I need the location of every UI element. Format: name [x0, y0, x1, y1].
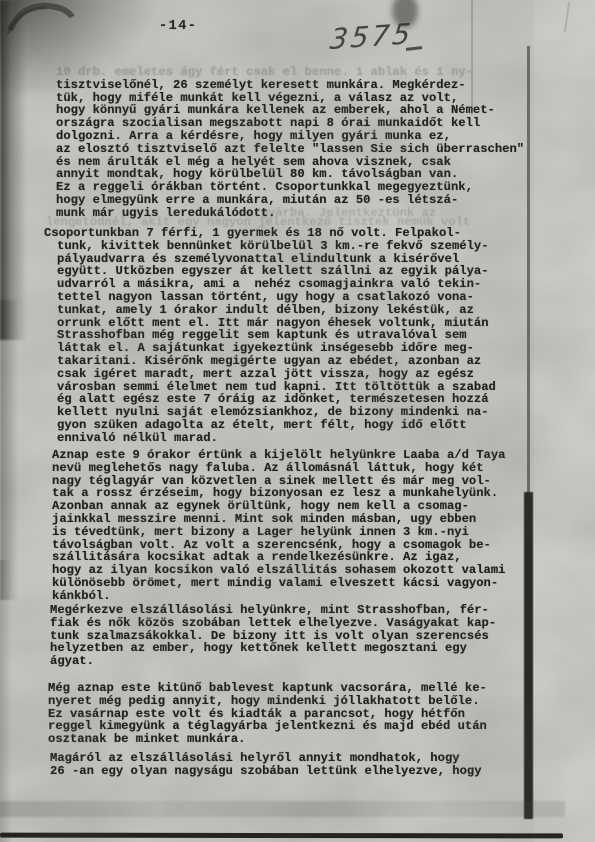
text-line: dolgozni. Arra a kérdésre, hogy milyen g…	[56, 130, 524, 143]
text-line: csak igéret maradt, mert azzal jött viss…	[57, 368, 496, 381]
text-line: tettel nagyon lassan történt, ugy hogy a…	[57, 291, 496, 304]
text-line: hogy elmegyünk erre a munkára, miután az…	[56, 194, 524, 207]
text-line: osztanak be minket munkára.	[48, 733, 487, 746]
paragraph: Csoportunkban 7 férfi, 1 gyermek és 18 n…	[57, 227, 496, 445]
text-line: tunkat, amely 1 órakor indult délben, bi…	[57, 304, 496, 317]
text-line: Magáról az elszállásolási helyről annyit…	[50, 752, 482, 765]
text-line: nevü meglehetős nagy faluba. Az állomásn…	[52, 462, 505, 475]
text-line: is tévedtünk, mert bizony a Lager helyün…	[52, 526, 505, 539]
paragraph: 10 drb. emeletes ágy fért csak el benne.…	[56, 66, 524, 220]
text-line: gyon szüken adagolta az ételt, mert félt…	[57, 419, 496, 432]
text-line: helyzetben az ember, hogy kettőnek kelle…	[50, 642, 496, 655]
text-line: kánkból.	[52, 590, 505, 603]
text-line: jainkkal messzire menni. Mint sok minden…	[52, 513, 505, 526]
text-line: fiak és nők közös szobában lettek elhely…	[50, 617, 496, 630]
text-line: tunk, kivittek bennünket körülbelül 3 km…	[57, 240, 496, 253]
text-line: Még aznap este kitünő bablevest kaptunk …	[48, 682, 487, 695]
text-line: 26 -an egy olyan nagyságu szobában lettü…	[50, 765, 482, 778]
document-text: 10 drb. emeletes ágy fért csak el benne.…	[0, 0, 595, 842]
scanned-page: -14- 3575 10 drb. emeletes ágy fért csak…	[0, 0, 595, 842]
ghost-text-fragment: lengetödnél, akit egy nagyon jelentkező …	[46, 216, 470, 229]
text-line: Megérkezve elszállásolási helyünkre, min…	[50, 604, 496, 617]
text-line: takaritani. Kisérőnk megigérte ugyan az …	[57, 355, 496, 368]
text-line: ennivaló nélkül marad.	[57, 432, 496, 445]
text-line: különösebb örömet, mert mindig valami el…	[52, 577, 505, 590]
ghost-text-line: 10 drb. emeletes ágy fért csak el benne.…	[56, 66, 524, 79]
paragraph: Még aznap este kitünő bablevest kaptunk …	[48, 682, 487, 746]
paragraph: Magáról az elszállásolási helyről annyit…	[50, 752, 482, 778]
text-line: nyeret még pedig annyit, hogy mindenki j…	[48, 695, 487, 708]
paragraph: Aznap este 9 órakor értünk a kijelölt he…	[52, 449, 505, 603]
paragraph: Megérkezve elszállásolási helyünkre, min…	[50, 604, 496, 668]
text-line: ágyat.	[50, 655, 496, 668]
text-line: tisztviselőnél, 26 személyt keresett mun…	[56, 79, 524, 92]
text-line: az elosztó tisztviselő azt felelte "lass…	[56, 143, 524, 156]
text-line: Aznap este 9 órakor értünk a kijelölt he…	[52, 449, 505, 462]
